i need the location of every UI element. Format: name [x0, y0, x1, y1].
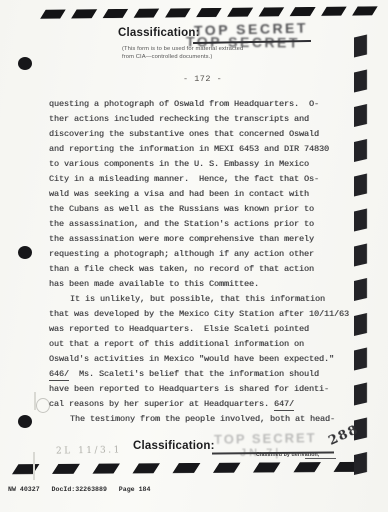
archive-docid-footer: NW 40327 DocId:32263889 Page 184 [8, 486, 150, 493]
text-line: to various components in the U. S. Embas… [49, 157, 379, 172]
page-number: - 172 - [183, 74, 222, 84]
text-line: wald was seeking a visa and had been in … [49, 187, 379, 202]
text-line: questing a photograph of Oswald from Hea… [49, 97, 379, 112]
binding-marks-bottom [12, 462, 370, 474]
text-line: The testimony from the people involved, … [49, 412, 388, 427]
form-note: (This form is to be used for material ex… [122, 46, 243, 61]
punch-hole-dot [18, 246, 32, 259]
text-line: than a file check was taken, no record o… [49, 262, 379, 277]
form-note-line1: (This form is to be used for material ex… [122, 46, 243, 54]
text-line: the Cubans as well as the Russians was k… [49, 202, 379, 217]
text-line: have been reported to Headquarters is sh… [49, 382, 379, 397]
text-line: discovering the substantive ones that co… [49, 127, 379, 142]
text-line: the assassination were more comprehensiv… [49, 232, 379, 247]
text-line: the assassination, and the Station's act… [49, 217, 379, 232]
text-line: ther actions included rechecking the tra… [49, 112, 379, 127]
binding-marks-top [40, 6, 386, 19]
classification-label-bottom: Classification: [133, 440, 215, 452]
punch-hole-dot [18, 57, 32, 70]
top-secret-stamp-faint: TOP SECRET [214, 430, 317, 447]
text-line: out that a report of this additional inf… [49, 337, 379, 352]
document-page: Classification: TOP SECRET TOP SECRET (T… [0, 0, 388, 512]
faint-date-stamp: 2L 11/3.1 [56, 445, 122, 456]
faint-circle-artifact [36, 398, 50, 413]
text-line: and reporting the information in MEXI 64… [49, 142, 379, 157]
text-line: that was developed by the Mexico City St… [49, 307, 379, 322]
text-line: City in a misleading manner. Hence, the … [49, 172, 379, 187]
text-line: Oswald's activities in Mexico "would hav… [49, 352, 379, 367]
scan-line-artifact [34, 392, 36, 410]
classified-by-blank-line [305, 458, 336, 459]
scan-line-artifact [33, 452, 35, 480]
text-line: cal reasons by her superior at Headquart… [49, 397, 379, 412]
form-note-line2: from CIA—controlled documents.) [122, 54, 243, 62]
text-line: was reported to Headquarters. Elsie Scal… [49, 322, 379, 337]
text-line: It is unlikely, but possible, that this … [49, 292, 388, 307]
footnote-underline-646 [49, 380, 69, 381]
footnote-underline-647 [274, 410, 294, 411]
text-line: has been made available to this Committe… [49, 277, 379, 292]
punch-hole-dot [18, 415, 32, 428]
text-line: requesting a photograph; although if any… [49, 247, 379, 262]
text-line: 646/ Ms. Scaleti's belief that the infor… [49, 367, 379, 382]
